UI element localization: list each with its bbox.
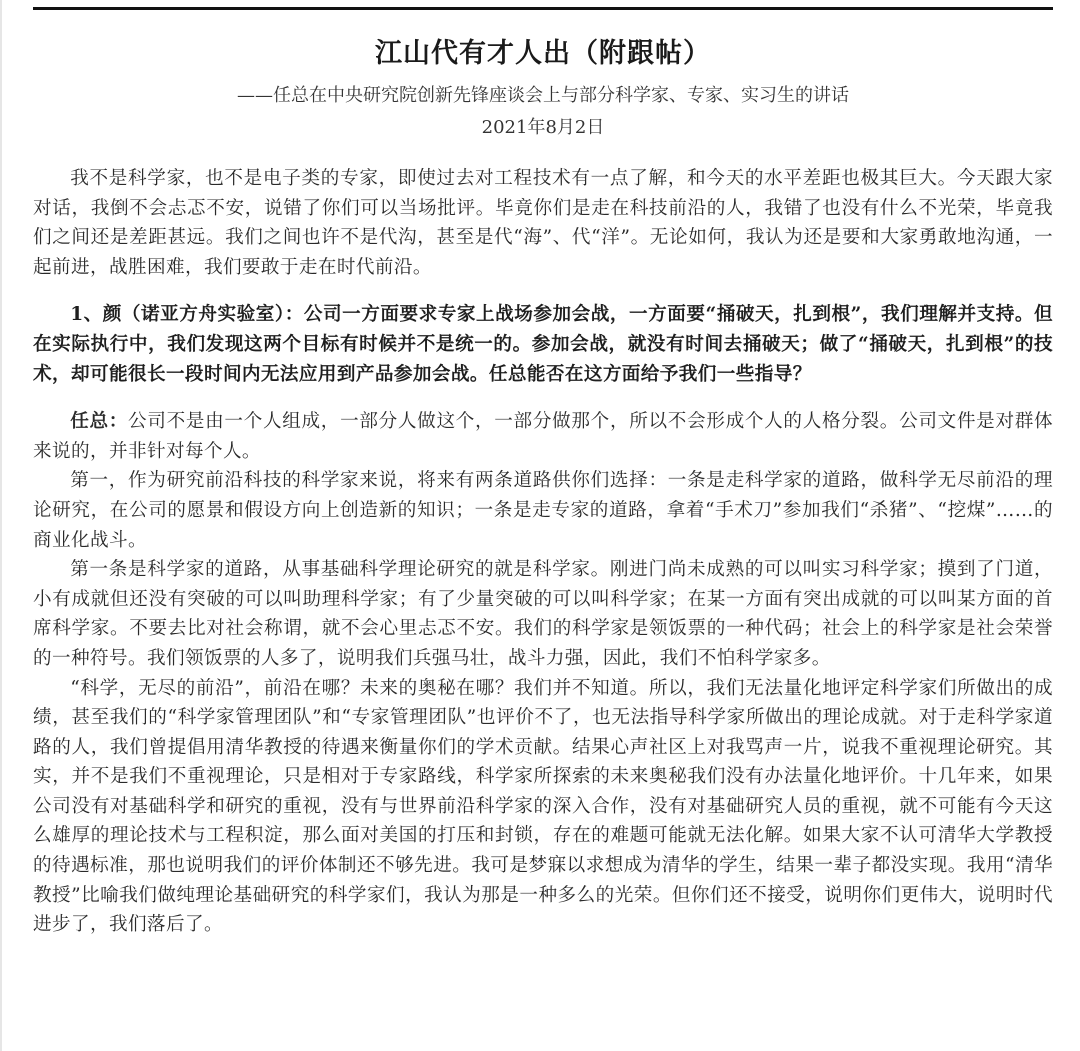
document-title: 江山代有才人出（附跟帖） [33,34,1053,74]
header-rule [33,7,1053,10]
body-paragraph-two-paths: 第一，作为研究前沿科技的科学家来说，将来有两条道路供你们选择：一条是走科学家的道… [33,466,1053,555]
question-paragraph: 1、颜（诺亚方舟实验室）：公司一方面要求专家上战场参加会战，一方面要“捅破天，扎… [33,300,1053,389]
body-paragraph-endless-frontier: “科学，无尽的前沿”，前沿在哪？未来的奥秘在哪？我们并不知道。所以，我们无法量化… [33,674,1053,940]
answer-text: 公司不是由一个人组成，一部分人做这个，一部分做那个，所以不会形成个人的人格分裂。… [33,411,1053,462]
body-paragraph-scientist-path: 第一条是科学家的道路，从事基础科学理论研究的就是科学家。刚进门尚未成熟的可以叫实… [33,555,1053,673]
page-left-edge [0,0,2,1051]
document-body: 江山代有才人出（附跟帖） ——任总在中央研究院创新先锋座谈会上与部分科学家、专家… [33,30,1053,940]
intro-paragraph: 我不是科学家，也不是电子类的专家，即使过去对工程技术有一点了解，和今天的水平差距… [33,164,1053,282]
answer-paragraph: 任总：公司不是由一个人组成，一部分人做这个，一部分做那个，所以不会形成个人的人格… [33,407,1053,466]
speaker-label: 任总： [70,411,128,432]
document-subtitle: ——任总在中央研究院创新先锋座谈会上与部分科学家、专家、实习生的讲话 [33,82,1053,110]
document-date: 2021年8月2日 [33,114,1053,142]
